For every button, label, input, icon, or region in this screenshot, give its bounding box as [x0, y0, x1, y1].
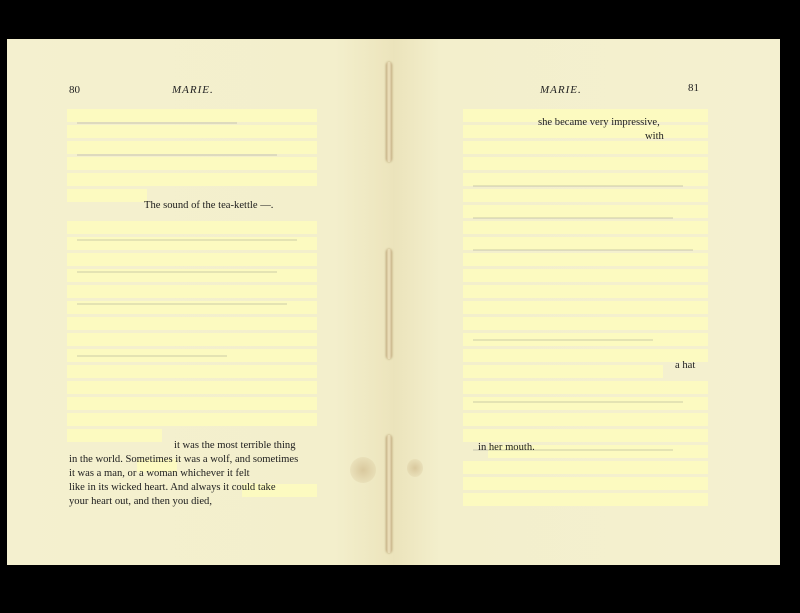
text-line: it was the most terrible thing	[174, 439, 296, 452]
text-line: with	[645, 130, 664, 143]
text-line: in the world. Sometimes it was a wolf, a…	[69, 453, 298, 466]
running-head: MARIE.	[540, 84, 582, 96]
text-line: a hat	[675, 359, 695, 372]
text-line: like in its wicked heart. And always it …	[69, 481, 276, 494]
paper-stain	[350, 457, 376, 483]
text-line: your heart out, and then you died,	[69, 495, 212, 508]
binding-stitch	[386, 62, 392, 162]
left-page: 80 MARIE. The sound of the tea-kettle —.	[7, 39, 393, 565]
binding-stitch	[386, 249, 392, 359]
text-line: she became very impressive,	[538, 116, 660, 129]
text-line: in her mouth.	[478, 441, 535, 454]
right-page: MARIE. 81 she became very impressi	[393, 39, 780, 565]
page-number: 80	[69, 84, 80, 96]
book-spread: 80 MARIE. The sound of the tea-kettle —.	[7, 39, 780, 565]
paper-stain	[407, 459, 423, 477]
page-number: 81	[688, 82, 699, 94]
binding-stitch	[386, 435, 392, 553]
running-head: MARIE.	[172, 84, 214, 96]
text-line: it was a man, or a woman whichever it fe…	[69, 467, 250, 480]
text-line: The sound of the tea-kettle —.	[144, 199, 273, 212]
